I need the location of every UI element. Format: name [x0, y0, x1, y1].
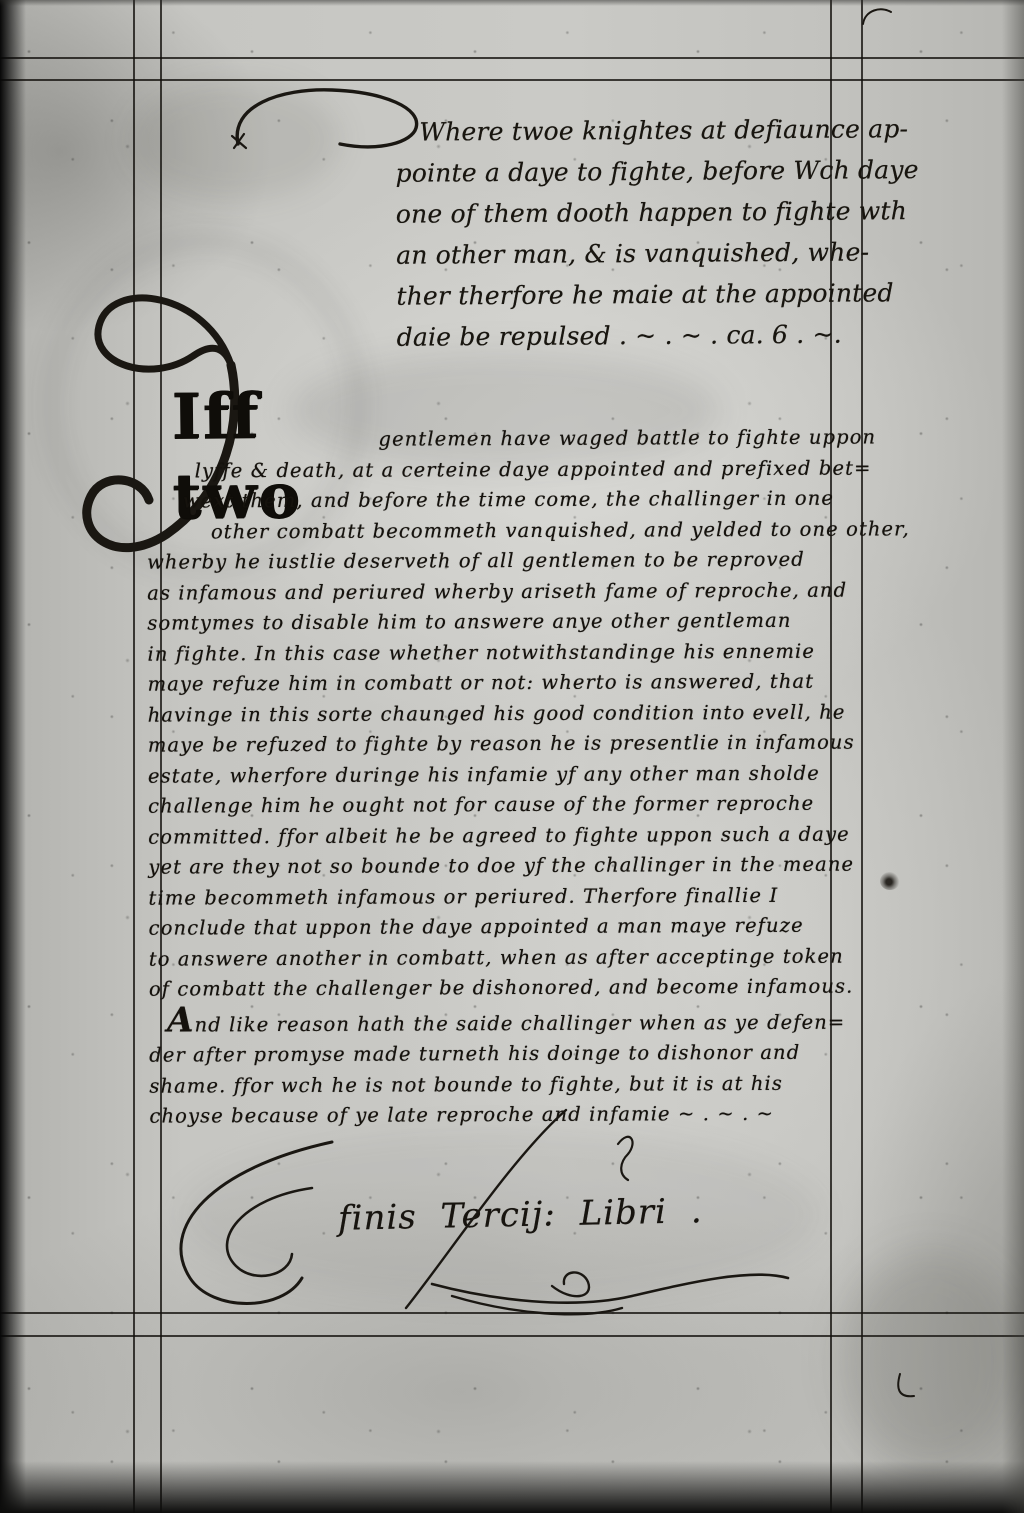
- body-text-block: gentlemen have waged battle to fighte up…: [146, 422, 889, 1132]
- chapter-heading: Where twoe knightes at defiaunce ap- poi…: [395, 108, 889, 357]
- manuscript-line: yet are they not so bounde to doe yf the…: [148, 849, 888, 883]
- heading-line: one of them dooth happen to fighte wth: [396, 190, 888, 234]
- manuscript-line: havinge in this sorte chaunged his good …: [148, 697, 888, 731]
- margin-pen-mark: [890, 1368, 922, 1406]
- manuscript-line: gentlemen have waged battle to fighte up…: [146, 422, 886, 456]
- manuscript-line: der after promyse made turneth his doing…: [149, 1037, 889, 1071]
- ruled-line-bottom-2: [0, 1335, 1024, 1337]
- manuscript-line: somtymes to disable him to answere anye …: [147, 605, 887, 639]
- bottom-right-stain: [840, 1250, 1020, 1470]
- manuscript-line: conclude that uppon the daye appointed a…: [149, 910, 889, 944]
- corner-pen-mark: [855, 2, 897, 30]
- heading-line: an other man, & is vanquished, whe-: [396, 231, 888, 275]
- manuscript-line: estate, wherfore duringe his infamie yf …: [148, 758, 888, 792]
- ink-blot: [880, 872, 900, 890]
- manuscript-line: in fighte. In this case whether notwiths…: [147, 636, 887, 670]
- manuscript-line: of combatt the challenger be dishonored,…: [149, 971, 889, 1005]
- manuscript-page: Where twoe knightes at defiaunce ap- poi…: [0, 0, 1024, 1513]
- manuscript-line: committed. ffor albeit he be agreed to f…: [148, 819, 888, 853]
- scan-edge-bottom: [0, 1461, 1024, 1513]
- corner-stain: [130, 80, 340, 200]
- manuscript-line: time becommeth infamous or periured. The…: [148, 880, 888, 914]
- manuscript-line: lyffe & death, at a certeine daye appoin…: [147, 453, 887, 487]
- manuscript-line: other combatt becommeth vanquished, and …: [147, 514, 887, 548]
- manuscript-line: maye refuze him in combatt or not: whert…: [148, 666, 888, 700]
- heading-line: pointe a daye to fighte, before Wch daye: [395, 149, 887, 193]
- manuscript-line: maye be refuzed to fighte by reason he i…: [148, 727, 888, 761]
- scan-edge-top: [0, 0, 1024, 6]
- scan-edge-left: [0, 0, 26, 1513]
- ruled-line-top-2: [0, 79, 1024, 81]
- ruled-line-left-outer: [133, 0, 135, 1513]
- manuscript-line: as infamous and periured wherby ariseth …: [147, 575, 887, 609]
- manuscript-line: to answere another in combatt, when as a…: [149, 941, 889, 975]
- manuscript-line: And like reason hath the saide challinge…: [149, 1002, 889, 1041]
- manuscript-line: shame. ffor wch he is not bounde to figh…: [149, 1068, 889, 1102]
- colophon-finis: finis Tercij: Libri .: [338, 1189, 799, 1239]
- heading-line: Where twoe knightes at defiaunce ap-: [395, 108, 887, 152]
- manuscript-line: challenge him he ought not for cause of …: [148, 788, 888, 822]
- manuscript-line: wext them, and before the time come, the…: [147, 483, 887, 517]
- manuscript-line: wherby he iustlie deserveth of all gentl…: [147, 544, 887, 578]
- heading-line: daie be repulsed . ~ . ~ . ca. 6 . ~.: [397, 313, 889, 357]
- heading-line: ther therfore he maie at the appointed: [396, 272, 888, 316]
- manuscript-line: choyse because of ye late reproche and i…: [149, 1098, 889, 1132]
- scan-edge-right: [1002, 0, 1024, 1513]
- ruled-line-bottom-1: [0, 1312, 1024, 1314]
- ruled-line-top-1: [0, 57, 1024, 59]
